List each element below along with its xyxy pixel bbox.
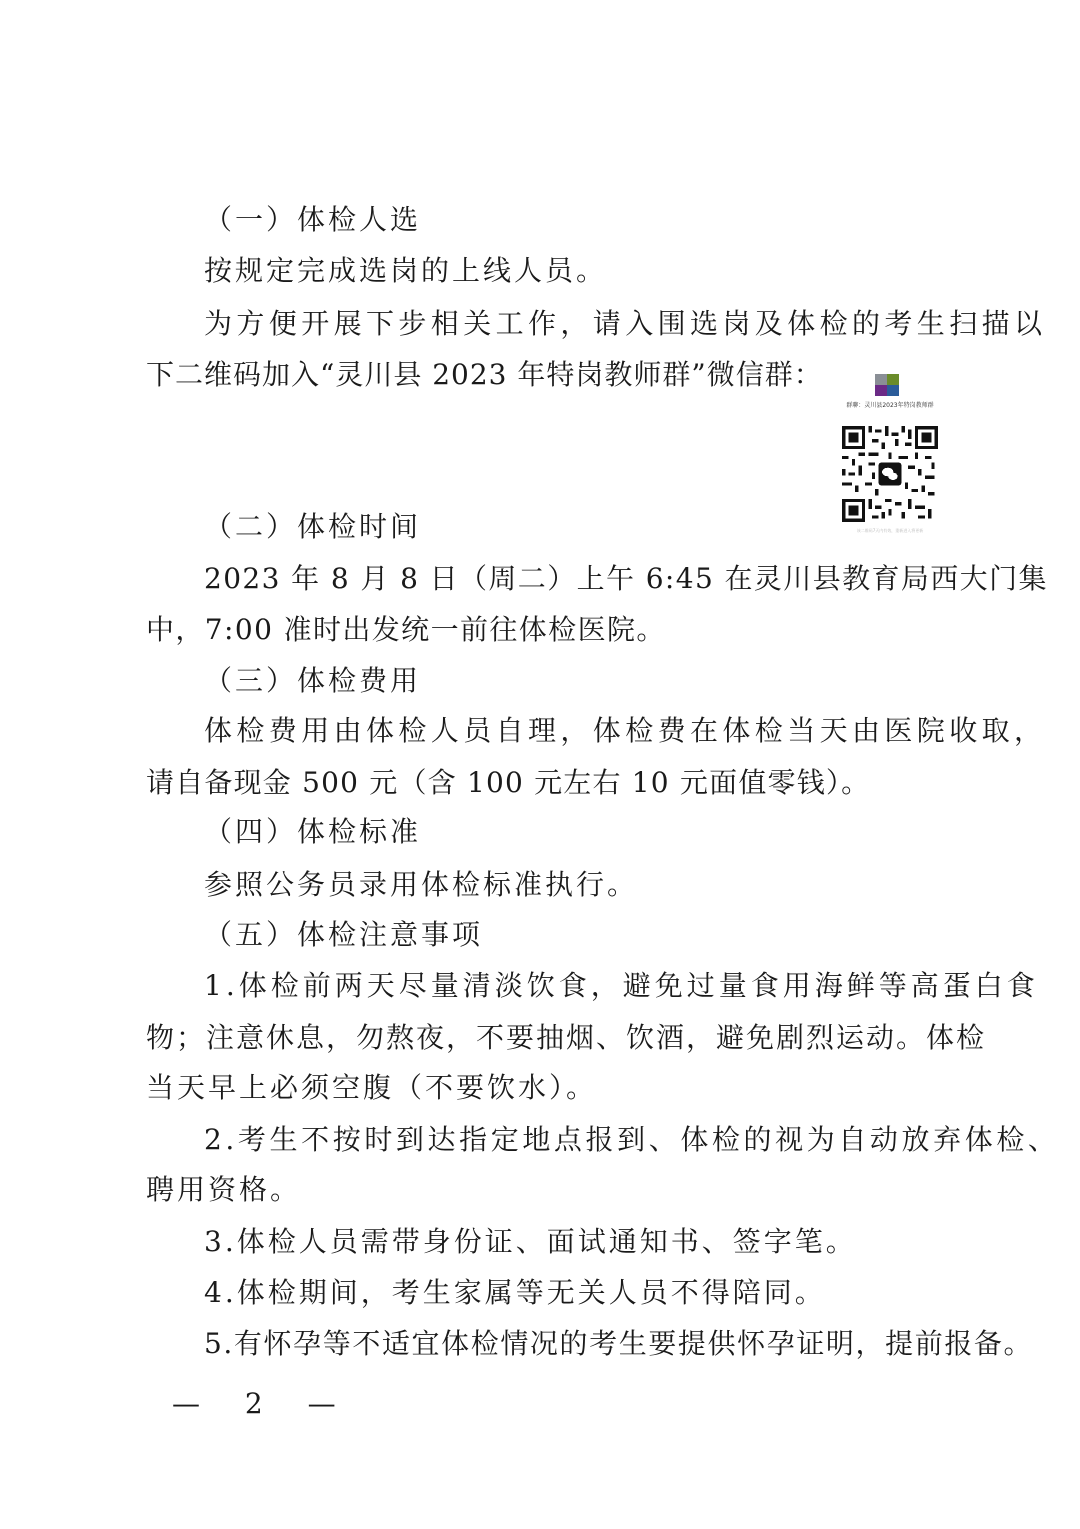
section-heading-3: （三）体检费用 [204,664,421,698]
paragraph: 为方便开展下步相关工作，请入围选岗及体检的考生扫描以 [204,307,1046,341]
paragraph: 聘用资格。 [146,1173,301,1207]
page-number: — 2 — [172,1387,354,1421]
group-avatar [875,374,899,396]
paragraph: 3.体检人员需带身份证、面试通知书、签字笔。 [204,1225,857,1259]
wechat-group-qr-card[interactable]: 群聊：灵川县2023年特岗教师群 [832,372,948,538]
section-heading-2: （二）体检时间 [204,510,421,544]
paragraph: 1.体检前两天尽量清淡饮食，避免过量食用海鲜等高蛋白食 [204,969,1039,1003]
paragraph: 2023 年 8 月 8 日（周二）上午 6:45 在灵川县教育局西大门集 [204,562,1048,596]
paragraph: 2.考生不按时到达指定地点报到、体检的视为自动放弃体检、 [204,1123,1060,1157]
qr-code[interactable] [842,426,938,522]
paragraph: 中，7:00 准时出发统一前往体检医院。 [146,613,666,647]
paragraph: 下二维码加入“灵川县 2023 年特岗教师群”微信群： [146,358,823,392]
qr-caption: 群聊：灵川县2023年特岗教师群 [832,402,948,410]
paragraph: 当天早上必须空腹（不要饮水）。 [146,1071,597,1105]
paragraph: 4.体检期间，考生家属等无关人员不得陪同。 [204,1276,826,1310]
section-heading-5: （五）体检注意事项 [204,918,483,952]
paragraph: 物；注意休息，勿熬夜，不要抽烟、饮酒，避免剧烈运动。体检 [146,1021,986,1055]
section-heading-1: （一）体检人选 [204,203,421,237]
paragraph: 参照公务员录用体检标准执行。 [204,868,638,902]
paragraph: 按规定完成选岗的上线人员。 [204,254,607,288]
paragraph: 体检费用由体检人员自理，体检费在体检当天由医院收取， [204,714,1046,748]
paragraph: 请自备现金 500 元（含 100 元左右 10 元面值零钱）。 [146,766,870,800]
paragraph: 5.有怀孕等不适宜体检情况的考生要提供怀孕证明，提前报备。 [204,1327,1033,1361]
section-heading-4: （四）体检标准 [204,815,421,849]
qr-footer-note: 该二维码7天内有效，重新进入将更新 [840,528,940,534]
